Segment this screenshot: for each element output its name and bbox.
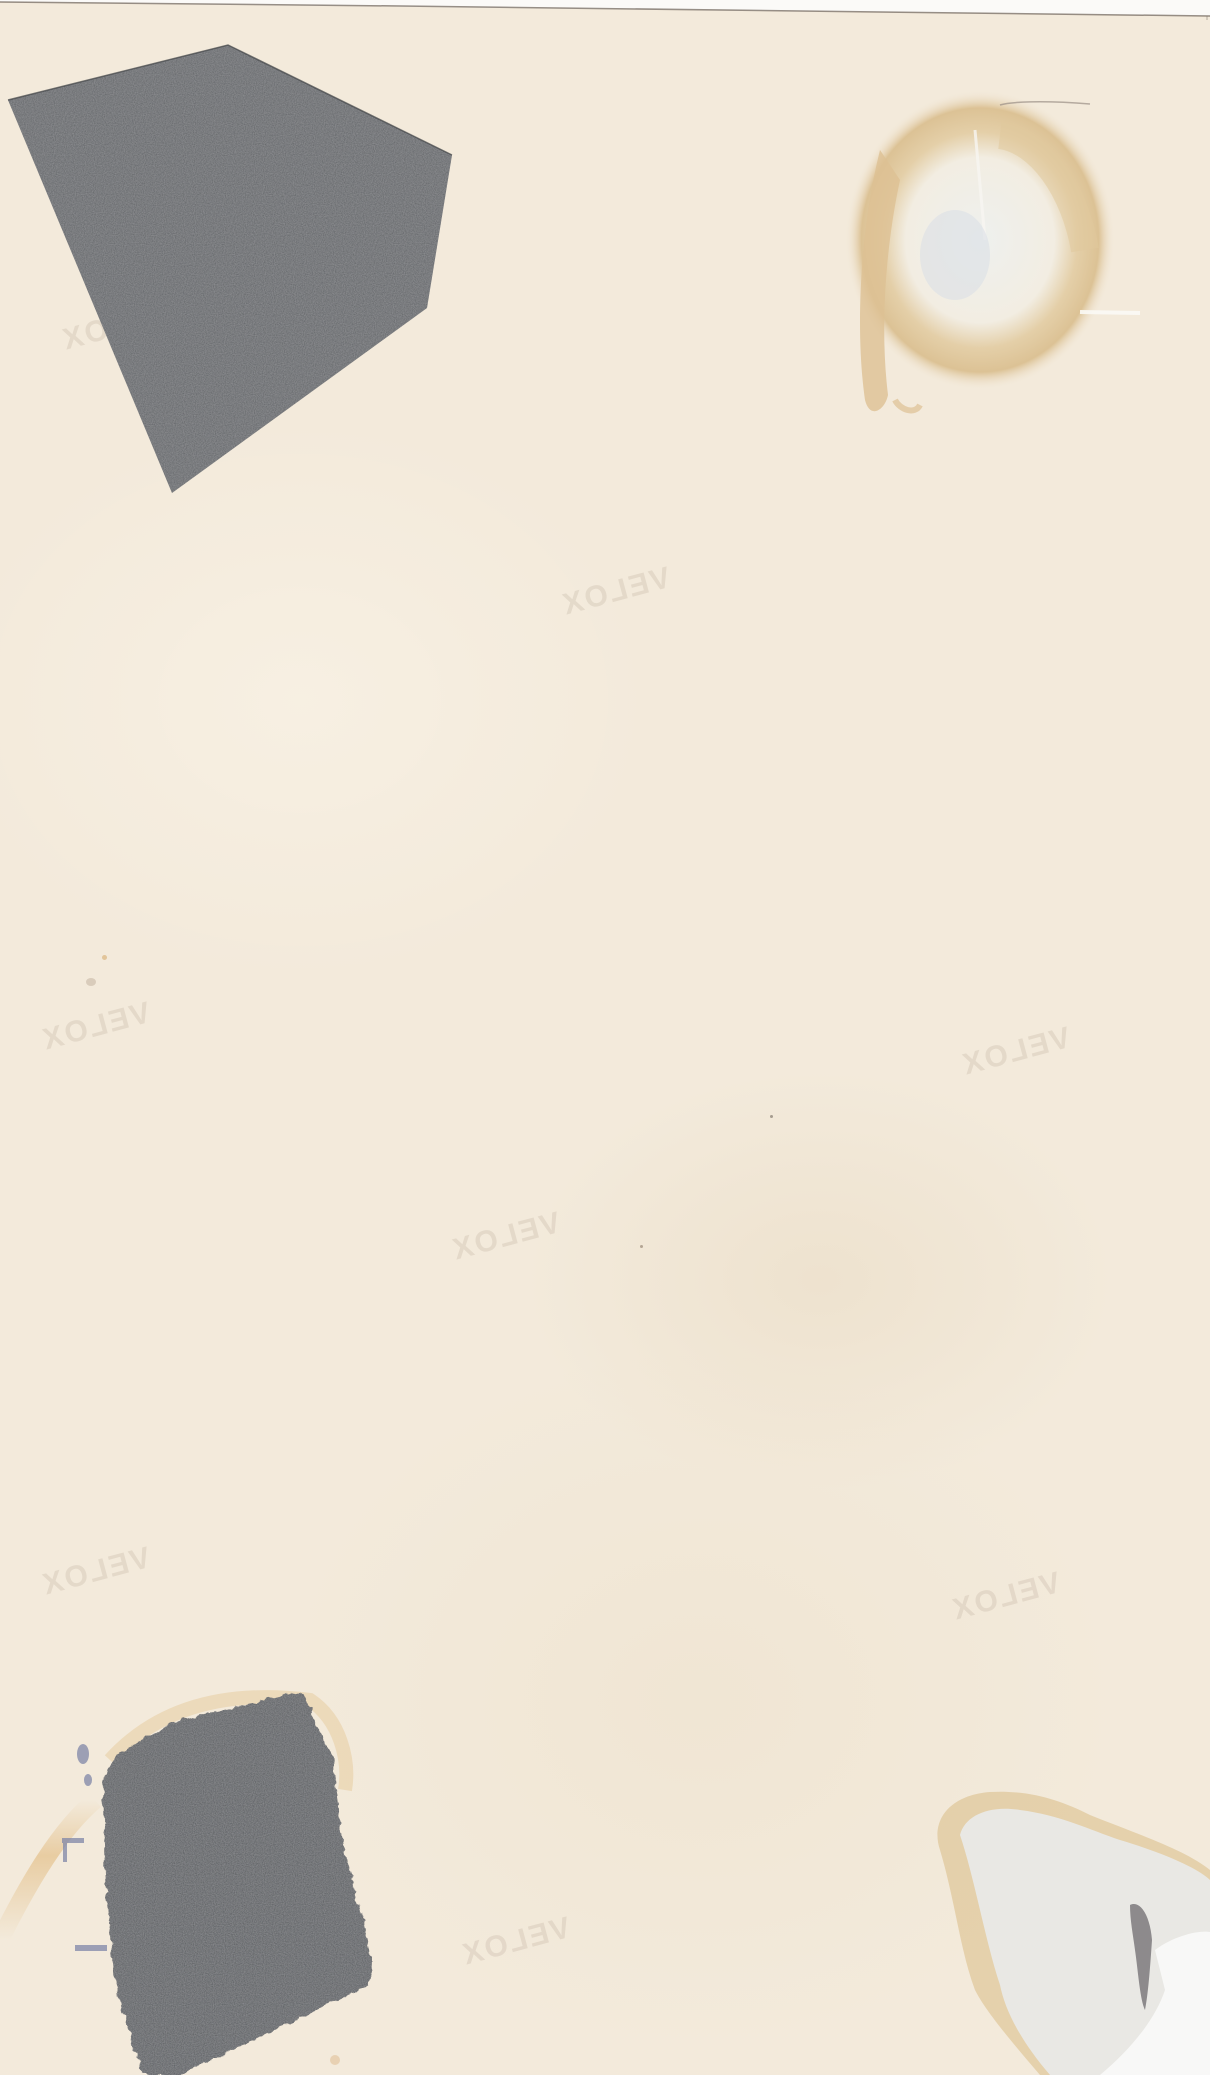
paper-speck xyxy=(770,1115,773,1118)
bottom-right-adhesive-stain xyxy=(0,0,1210,2075)
paper-speck xyxy=(640,1245,643,1248)
paper-speck xyxy=(86,978,96,986)
paper-speck xyxy=(330,2055,340,2065)
paper-speck xyxy=(102,955,107,960)
